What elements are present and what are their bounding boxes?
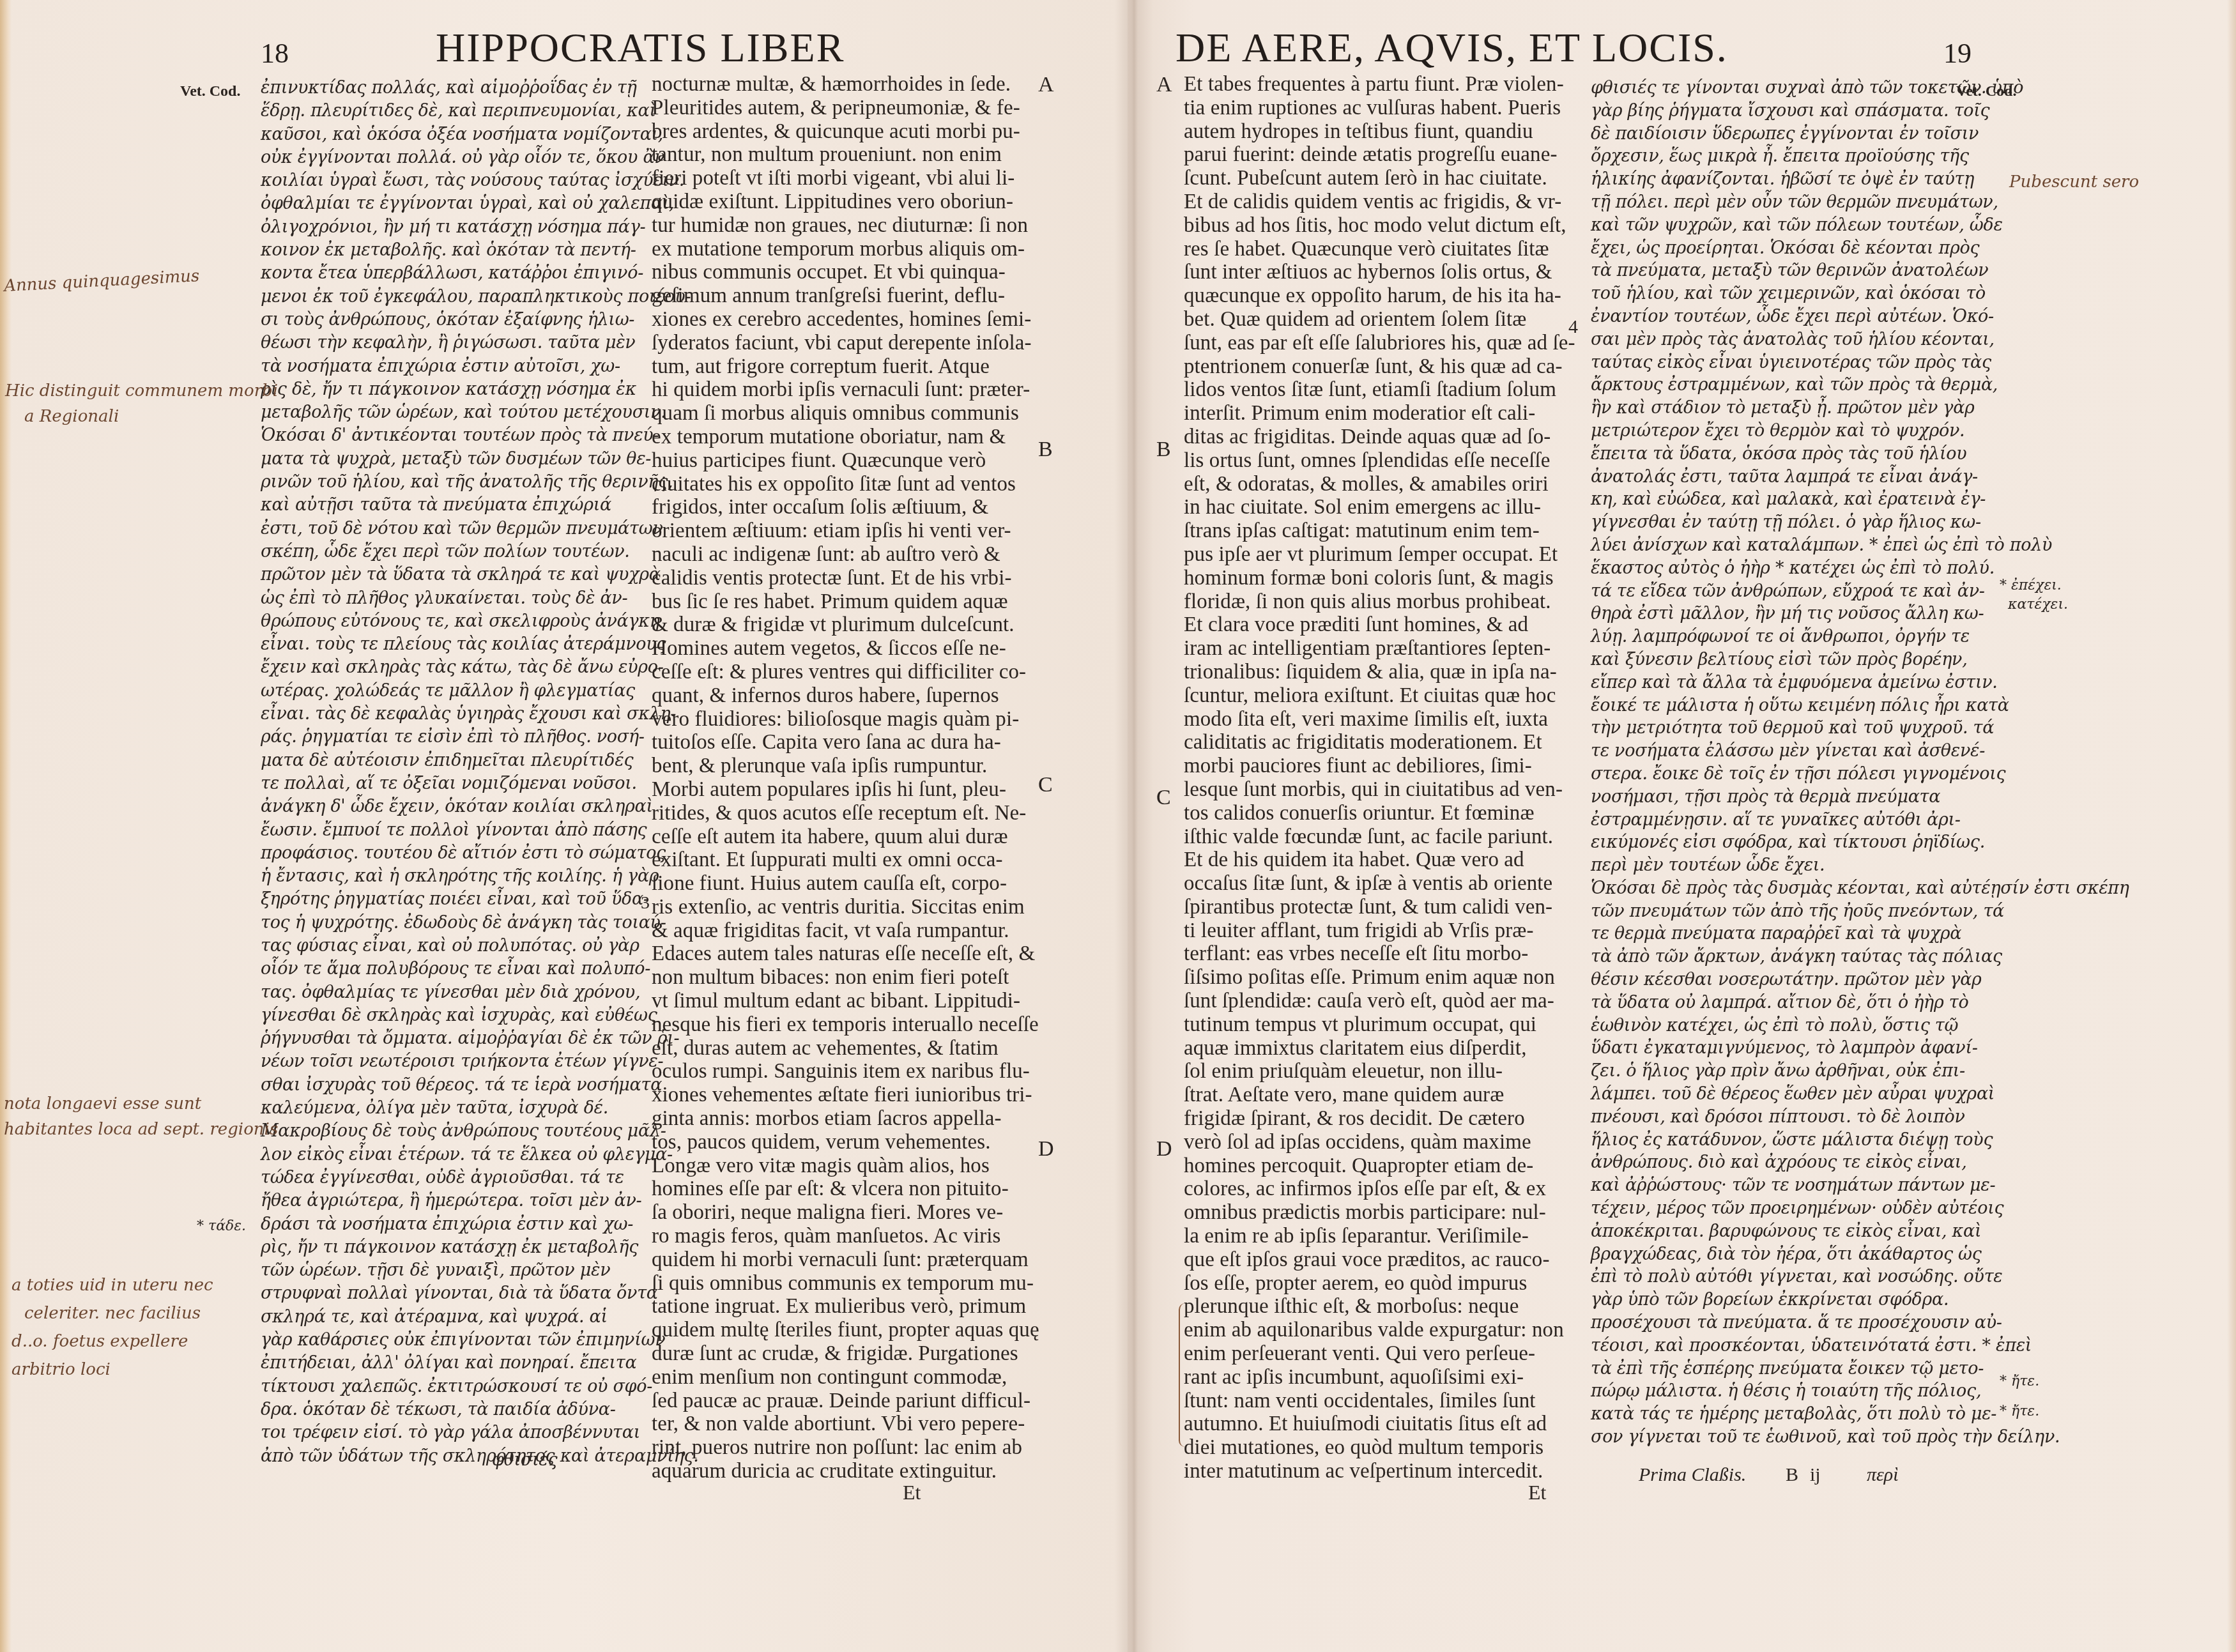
latin-catchword-left: Et bbox=[903, 1481, 921, 1504]
book-spread: 18 HIPPOCRATIS LIBER Vet. Cod. ἐπινυκτίδ… bbox=[0, 0, 2236, 1652]
latin-text-line: quidem hi morbi vernaculi ſunt: præterqu… bbox=[652, 1248, 1039, 1272]
latin-text-line: Morbi autem populares ipſis hi ſunt, ple… bbox=[652, 778, 1039, 802]
latin-text-line: terflant: eas vrbes neceſſe eſt ſitu mor… bbox=[1184, 942, 1575, 966]
latin-text-line: hi quidem morbi ipſis vernaculi ſunt: pr… bbox=[652, 378, 1039, 402]
latin-text-line: & duræ & frigidæ vt plurimum dulceſcunt. bbox=[652, 613, 1039, 637]
latin-text-line: exiſtant. Et ſuppurati multi ex omni occ… bbox=[652, 848, 1039, 872]
handwritten-note-3-line2: habitantes loca ad sept. regionis bbox=[4, 1120, 278, 1139]
latin-text-line: bibus ad hos ſitis, hoc modo velut dictu… bbox=[1184, 214, 1575, 238]
section-marker-b-right: B bbox=[1156, 438, 1171, 462]
latin-text-line: in hac ciuitate. Sol enim emergens ac il… bbox=[1184, 496, 1575, 519]
greek-text-line: ἐναντίον τουτέων, ὧδε ἔχει περὶ αὐτέων. … bbox=[1591, 305, 2129, 328]
handwritten-note-2-line1: Hic distinguit communem morbi bbox=[5, 381, 278, 401]
latin-text-line: ceſſe eſt: & plures ventres qui difficil… bbox=[652, 661, 1039, 684]
latin-text-line: tutinum tempus vt plurimum occupat, qui bbox=[1184, 1013, 1575, 1037]
greek-text-line: τὰ ἐπὶ τῆς ἑσπέρης πνεύματα ἔοικεν τῷ με… bbox=[1591, 1358, 2129, 1380]
handwritten-note-4-line2: celeriter. nec facilius bbox=[11, 1304, 201, 1323]
greek-text-line: ἔχει, ὡς προείρηται. Ὁκόσαι δὲ κέονται π… bbox=[1591, 237, 2129, 260]
greek-text-line: καῦσοι, καὶ ὁκόσα ὀξέα νοσήματα νομίζοντ… bbox=[261, 123, 699, 146]
vet-cod-label-left: Vet. Cod. bbox=[180, 83, 240, 100]
greek-text-line: ρὶς, ἤν τι πάγκοινον κατάσχῃ ἐκ μεταβολῆ… bbox=[261, 1236, 699, 1259]
greek-text-line: εἴπερ καὶ τὰ ἄλλα τὰ ἐμφυόμενα ἀμείνω ἐσ… bbox=[1591, 671, 2129, 694]
greek-text-line: γὰρ καθάρσιες οὐκ ἐπιγίνονται τῶν ἐπιμην… bbox=[261, 1329, 699, 1352]
greek-text-line: ἐπινυκτίδας πολλάς, καὶ αἱμοῤῥοΐδας ἐν τ… bbox=[261, 77, 699, 100]
latin-text-line: Longæ vero vitæ magis quàm alios, hos bbox=[652, 1154, 1039, 1178]
greek-text-line: τος ἡ ψυχρότης. ἐδωδοὺς δὲ ἀνάγκη τὰς το… bbox=[261, 912, 699, 935]
latin-text-line: geſimum annum tranſgreſsi fuerint, deflu… bbox=[652, 284, 1039, 308]
latin-text-line: caliditatis ac frigiditatis moderationem… bbox=[1184, 731, 1575, 754]
greek-text-line: τας φύσιας εἶναι, καὶ οὐ πολυπότας. οὐ γ… bbox=[261, 935, 699, 958]
latin-text-line: ſa oboriri, neque maligna fieri. Mores v… bbox=[652, 1201, 1039, 1225]
section-marker-d-right: D bbox=[1156, 1137, 1172, 1161]
greek-text-line: νέων τοῖσι νεωτέροισι τριήκοντα ἐτέων γί… bbox=[261, 1050, 699, 1073]
latin-text-line: tum, aut frigore correptum fuerit. Atque bbox=[652, 355, 1039, 379]
greek-text-line: τέοισι, καὶ προσκέονται, ὑδατεινότατά ἐσ… bbox=[1591, 1335, 2129, 1358]
handwritten-note-2: Hic distinguit communem morbi a Regional… bbox=[5, 378, 278, 429]
latin-text-line: ptentrionem conuerſæ ſunt, & his quæ ad … bbox=[1184, 355, 1575, 379]
latin-text-line: ter, & non valde abortiunt. Vbi vero pep… bbox=[652, 1412, 1039, 1436]
section-marker-c-left: C bbox=[1038, 773, 1053, 797]
greek-text-line: τε θερμὰ πνεύματα παραῤῥεῖ καὶ τὰ ψυχρὰ bbox=[1591, 922, 2129, 945]
latin-text-line: ginta annis: morbos etiam ſacros appella… bbox=[652, 1107, 1039, 1131]
greek-text-line: τας. ὀφθαλμίας τε γίνεσθαι μὲν διὰ χρόνο… bbox=[261, 981, 699, 1004]
greek-text-line: λύει ἀνίσχων καὶ καταλάμπων. * ἐπεὶ ὡς ἐ… bbox=[1591, 534, 2129, 557]
latin-text-line: rint, pueros nutrire non poſſunt: lac en… bbox=[652, 1436, 1039, 1460]
latin-text-line: Et de calidis quidem ventis ac frigidis,… bbox=[1184, 190, 1575, 214]
greek-text-line: τέχειν, μέρος τῶν προειρημένων· οὐδὲν αὐ… bbox=[1591, 1197, 2129, 1220]
latin-text-line: ditas ac frigiditas. Deinde aquas quæ ad… bbox=[1184, 425, 1575, 449]
latin-text-line: duræ ſunt ac crudæ, & frigidæ. Purgation… bbox=[652, 1342, 1039, 1366]
latin-column-left: nocturnæ multæ, & hæmorrhoides in ſede.P… bbox=[652, 73, 1039, 1483]
greek-text-line: τοι τρέφειν εἰσί. τὸ γὰρ γάλα ἀποσβέννυτ… bbox=[261, 1421, 699, 1444]
page-edge-left bbox=[0, 0, 11, 1652]
right-page: DE AERE, AQVIS, ET LOCIS. 19 Et tabes fr… bbox=[1128, 0, 2236, 1652]
latin-text-line: que eſt ipſos graui voce præditos, ac ra… bbox=[1184, 1248, 1575, 1272]
latin-text-line: tatione ingruat. Ex mulieribus verò, pri… bbox=[652, 1295, 1039, 1319]
latin-text-line: la enim re ab ipſis ſeparantur. Veriſimi… bbox=[1184, 1225, 1575, 1248]
greek-text-line: κοιλίαι ὑγραὶ ἔωσι, τὰς νούσους ταύτας ἰ… bbox=[261, 169, 699, 192]
greek-column-right: φθισιές τε γίνονται συχναὶ ἀπὸ τῶν τοκετ… bbox=[1591, 77, 2129, 1449]
greek-text-line: τίκτουσι χαλεπῶς. ἐκτιτρώσκουσί τε οὐ σφ… bbox=[261, 1375, 699, 1398]
greek-text-line: σκέπη, ὧδε ἔχει περὶ τῶν πολίων τουτέων. bbox=[261, 540, 699, 563]
greek-text-line: ἐπιτήδειαι, ἀλλ' ὀλίγαι καὶ πονηραί. ἔπε… bbox=[261, 1352, 699, 1375]
latin-text-line: interſit. Primum enim moderatior eſt cal… bbox=[1184, 402, 1575, 425]
greek-text-line: γὰρ βίης ῥήγματα ἴσχουσι καὶ σπάσματα. τ… bbox=[1591, 100, 2129, 123]
greek-text-line: φθισιές τε γίνονται συχναὶ ἀπὸ τῶν τοκετ… bbox=[1591, 77, 2129, 100]
latin-text-line: ti leuiter afflant, tum frigidi ab Vrſis… bbox=[1184, 919, 1575, 943]
handwritten-note-1: Annus quinquagesimus bbox=[3, 263, 200, 299]
greek-text-line: κη, καὶ εὐώδεα, καὶ μαλακὰ, καὶ ἐρατεινὰ… bbox=[1591, 488, 2129, 511]
latin-text-line: occaſus ſitæ ſunt, & ipſæ à ventis ab or… bbox=[1184, 872, 1575, 896]
greek-text-line: οἷόν τε ἅμα πολυβόρους τε εἶναι καὶ πολυ… bbox=[261, 958, 699, 981]
latin-text-line: ſunt, eas par eſt eſſe ſalubriores his, … bbox=[1184, 332, 1575, 355]
latin-text-line: bent, & plerunque vaſa ipſis rumpuntur. bbox=[652, 754, 1039, 778]
latin-text-line: ſtrat. Aeſtate vero, mane quidem auræ bbox=[1184, 1083, 1575, 1107]
latin-text-line: & aquæ frigiditas facit, vt vaſa rumpant… bbox=[652, 919, 1039, 943]
latin-text-line: parui fuerint: deinde ætatis progreſſu e… bbox=[1184, 143, 1575, 167]
latin-text-line: autem hydropes in teſtibus fiunt, quandi… bbox=[1184, 120, 1575, 144]
greek-text-line: θέσιν κέεσθαι νοσερωτάτην. πρῶτον μὲν γὰ… bbox=[1591, 968, 2129, 991]
latin-text-line: Et clara voce præditi ſunt homines, & ad bbox=[1184, 613, 1575, 637]
greek-text-line: τὰ πνεύματα, μεταξὺ τῶν θερινῶν ἀνατολέω… bbox=[1591, 259, 2129, 282]
greek-text-line: ωτέρας. χολώδεάς τε μᾶλλον ἢ φλεγματίας bbox=[261, 680, 699, 703]
latin-text-line: tur humidæ non graues, nec diuturnæ: ſi … bbox=[652, 214, 1039, 238]
greek-text-line: ρινῶν τοῦ ἡλίου, καὶ τῆς ἀνατολῆς τῆς θε… bbox=[261, 471, 699, 494]
greek-catchword-right: περὶ bbox=[1867, 1464, 1899, 1486]
latin-text-line: modo ſita eſt, veri maxime ſimilis eſt, … bbox=[1184, 708, 1575, 731]
greek-text-line: ὀλιγοχρόνιοι, ἢν μή τι κατάσχῃ νόσημα πά… bbox=[261, 216, 699, 239]
latin-text-line: quidæ exiſtunt. Lippitudines vero oboriu… bbox=[652, 190, 1039, 214]
latin-text-line: oculos rumpi. Sanguinis item ex naribus … bbox=[652, 1060, 1039, 1083]
latin-text-line: Homines autem vegetos, & ſiccos eſſe ne- bbox=[652, 637, 1039, 661]
greek-text-line: ἐπὶ τὸ πολὺ αὐτόθι γίγνεται, καὶ νοσώδης… bbox=[1591, 1266, 2129, 1289]
greek-text-line: ἄρκτους ἐστραμμένων, καὶ τῶν πρὸς τὰ θερ… bbox=[1591, 374, 2129, 397]
greek-text-line: τε νοσήματα ἐλάσσω μὲν γίνεται καὶ ἀσθεν… bbox=[1591, 740, 2129, 763]
handwritten-note-2-line2: a Regionali bbox=[5, 407, 119, 426]
greek-margin-note-3: * ἤτε. bbox=[2000, 1372, 2039, 1391]
latin-text-line: lis ortus ſunt, omnes ſplendidas eſſe ne… bbox=[1184, 449, 1575, 473]
section-marker-c-right: C bbox=[1156, 786, 1171, 810]
greek-text-line: ἀνθρώπους. διὸ καὶ ἀχρόους τε εἰκὸς εἶνα… bbox=[1591, 1151, 2129, 1174]
greek-text-line: νοσήμασι, τῇσι πρὸς τὰ θερμὰ πνεύματα bbox=[1591, 786, 2129, 809]
greek-text-line: πνέουσι, καὶ δρόσοι πίπτουσι. τὸ δὲ λοιπ… bbox=[1591, 1106, 2129, 1129]
latin-text-line: quidem multę ſteriles fiunt, propter aqu… bbox=[652, 1319, 1039, 1342]
greek-text-line: τὰ ἀπὸ τῶν ἄρκτων, ἀνάγκη ταύτας τὰς πόλ… bbox=[1591, 945, 2129, 968]
greek-text-line: τὴν μετριότητα τοῦ θερμοῦ καὶ τοῦ ψυχροῦ… bbox=[1591, 717, 2129, 740]
latin-text-line: res ſe habet. Quæcunque verò ciuitates ſ… bbox=[1184, 238, 1575, 261]
section-marker-a-right: A bbox=[1156, 73, 1172, 97]
greek-text-line: ῥήγνυσθαι τὰ ὄμματα. αἱμοῤῥαγίαι δὲ ἐκ τ… bbox=[261, 1027, 699, 1050]
latin-text-line: iſthic valde fœcundæ ſunt, ac facile par… bbox=[1184, 825, 1575, 849]
greek-text-line: σαι μὲν πρὸς τὰς ἀνατολὰς τοῦ ἡλίου κέον… bbox=[1591, 328, 2129, 351]
greek-text-line: ταύτας εἰκὸς εἶναι ὑγιεινοτέρας τῶν πρὸς… bbox=[1591, 351, 2129, 374]
greek-text-line: σι τοὺς ἀνθρώπους, ὁκόταν ἐξαίφνης ἡλιω- bbox=[261, 309, 699, 332]
latin-text-line: xiones vehementes æſtate fieri iunioribu… bbox=[652, 1083, 1039, 1107]
latin-text-line: ſcuntur, meliora exiſtunt. Et ciuitas qu… bbox=[1184, 684, 1575, 708]
greek-text-line: σον γίγνεται τοῦ τε ἑωθινοῦ, καὶ τοῦ πρὸ… bbox=[1591, 1426, 2129, 1449]
greek-text-line: ματα δὲ αὐτέοισιν ἐπιδημεῖται πλευρίτιδέ… bbox=[261, 749, 699, 772]
latin-text-line: Et tabes frequentes à partu fiunt. Præ v… bbox=[1184, 73, 1575, 96]
latin-text-line: Pleuritides autem, & peripneumoniæ, & fe… bbox=[652, 96, 1039, 120]
greek-text-line: μεταβολῆς τῶν ὡρέων, καὶ τούτου μετέχουσ… bbox=[261, 401, 699, 424]
latin-text-line: hominum formæ boni coloris ſunt, & magis bbox=[1184, 567, 1575, 590]
latin-text-line: ſos eſſe, propter aerem, eo quòd impurus bbox=[1184, 1272, 1575, 1296]
handwritten-note-4-line4: arbitrio loci bbox=[11, 1360, 111, 1379]
latin-text-line: ſtrans ipſas caſtigat: matutinum enim te… bbox=[1184, 519, 1575, 543]
latin-text-line: bus ſic ſe res habet. Primum quidem aquæ bbox=[652, 590, 1039, 614]
greek-text-line: εικύμονές εἰσι σφόδρα, καὶ τίκτουσι ῥηϊδ… bbox=[1591, 831, 2129, 854]
greek-text-line: πρῶτον μὲν τὰ ὕδατα τὰ σκληρά τε καὶ ψυχ… bbox=[261, 563, 699, 586]
latin-text-line: naculi ac indigenæ ſunt: ab auſtro verò … bbox=[652, 543, 1039, 567]
greek-text-line: εἶναι. τὰς δὲ κεφαλὰς ὑγιηρὰς ἔχουσι καὶ… bbox=[261, 703, 699, 726]
greek-text-line: στερα. ἔοικε δὲ τοῖς ἐν τῇσι πόλεσι γιγν… bbox=[1591, 763, 2129, 786]
latin-text-line: ſyderatos faciunt, vbi caput derepente i… bbox=[652, 332, 1039, 355]
vet-cod-label-right: Vet. Cod. bbox=[1956, 83, 2016, 100]
latin-text-line: ex temporum mutatione oboriatur, nam & bbox=[652, 425, 1039, 449]
latin-text-line: calidis ventis protectæ ſunt. Et de his … bbox=[652, 567, 1039, 590]
latin-text-line: ſcunt. Pubeſcunt autem ſerò in hac ciuit… bbox=[1184, 167, 1575, 190]
margin-number-4: 4 bbox=[1568, 316, 1578, 338]
greek-text-line: ἢν καὶ στάδιον τὸ μεταξὺ ᾖ. πρῶτον μὲν γ… bbox=[1591, 397, 2129, 420]
section-marker-b-left: B bbox=[1038, 438, 1053, 462]
latin-text-line: vt ſimul multum edant ac bibant. Lippitu… bbox=[652, 990, 1039, 1013]
greek-margin-note-2: κατέχει. bbox=[2008, 595, 2068, 615]
latin-text-line: tantur, non multum proueniunt. non enim bbox=[652, 143, 1039, 167]
latin-text-line: vero fluidiores: bilioſosque magis quàm … bbox=[652, 708, 1039, 731]
latin-text-line: enim perſeuerant venti. Qui vero perſeue… bbox=[1184, 1342, 1575, 1366]
latin-text-line: ſunt inter æſtiuos ac hybernos ſolis ort… bbox=[1184, 261, 1575, 284]
latin-text-line: quam ſi morbus aliquis omnibus communis bbox=[652, 402, 1039, 425]
latin-text-line: bet. Quæ quidem ad orientem ſolem ſitæ bbox=[1184, 308, 1575, 332]
greek-catchword-left: φθισιές bbox=[492, 1445, 557, 1476]
greek-text-line: δρα. ὁκόταν δὲ τέκωσι, τὰ παιδία ἀδύνα- bbox=[261, 1398, 699, 1421]
latin-text-line: Edaces autem tales naturas eſſe neceſſe … bbox=[652, 942, 1039, 966]
greek-text-line: καὶ ξύνεσιν βελτίους εἰσὶ τῶν πρὸς βορέη… bbox=[1591, 648, 2129, 671]
latin-text-line: ſpirantibus protectæ ſunt, & tum calidi … bbox=[1184, 896, 1575, 919]
greek-text-line: ὡς ἐπὶ τὸ πλῆθος γλυκαίνεται. τοὺς δὲ ἀν… bbox=[261, 587, 699, 610]
greek-text-line: πώρῳ μάλιστα. ἡ θέσις ἡ τοιαύτη τῆς πόλι… bbox=[1591, 1380, 2129, 1403]
greek-text-line: ἔοικέ τε μάλιστα ἡ οὕτω κειμένη πόλις ἦρ… bbox=[1591, 694, 2129, 717]
greek-text-line: καὶ ἀῤῥώστους· τῶν τε νοσημάτων πάντων μ… bbox=[1591, 1174, 2129, 1197]
greek-text-line: ξηρότης ῥηγματίας ποιέει εἶναι, καὶ τοῦ … bbox=[261, 888, 699, 911]
greek-text-line: Μακροβίους δὲ τοὺς ἀνθρώπους τουτέους μᾶ… bbox=[261, 1120, 699, 1143]
latin-text-line: ris extenſio, ac ventris duritia. Siccit… bbox=[652, 896, 1039, 919]
handwritten-note-4-line1: a toties uid in uteru nec bbox=[11, 1276, 213, 1295]
greek-text-line: λάμπει. τοῦ δὲ θέρεος ἕωθεν μὲν αὖραι ψυ… bbox=[1591, 1083, 2129, 1106]
greek-text-line: Ὁκόσαι δὲ πρὸς τὰς δυσμὰς κέονται, καὶ α… bbox=[1591, 877, 2129, 900]
latin-text-line: homines percoquit. Quapropter etiam de- bbox=[1184, 1154, 1575, 1178]
greek-text-line: στρυφναὶ πολλαὶ γίνονται, διὰ τὰ ὕδατα ὄ… bbox=[261, 1282, 699, 1305]
page-edge-right bbox=[2227, 0, 2236, 1652]
greek-text-line: προσέχουσι τὰ πνεύματα. ἅ τε προσέχουσιν… bbox=[1591, 1312, 2129, 1335]
latin-text-line: orientem æſtiuum: etiam ipſis hi venti v… bbox=[652, 519, 1039, 543]
greek-text-line: ἕδρῃ. πλευρίτιδες δὲ, καὶ περιπνευμονίαι… bbox=[261, 100, 699, 123]
latin-text-line: enim menſium non contingunt commodæ, bbox=[652, 1366, 1039, 1389]
running-head-right: DE AERE, AQVIS, ET LOCIS. bbox=[1175, 24, 1728, 72]
latin-text-line: quæcunque ex oppoſito harum, de his ita … bbox=[1184, 284, 1575, 308]
left-page: 18 HIPPOCRATIS LIBER Vet. Cod. ἐπινυκτίδ… bbox=[0, 0, 1128, 1652]
latin-text-line: ſione fiunt. Huius autem cauſſa eſt, cor… bbox=[652, 872, 1039, 896]
greek-margin-note-4: * ἤτε. bbox=[2000, 1402, 2039, 1421]
latin-text-line: eſt, & odoratas, & molles, & amabiles or… bbox=[1184, 473, 1575, 496]
greek-text-line: ἐστραμμένῃσιν. αἵ τε γυναῖκες αὐτόθι ἀρι… bbox=[1591, 809, 2129, 832]
greek-text-line: ἑωθινὸν κατέχει, ὡς ἐπὶ τὸ πολὺ, ὅστις τ… bbox=[1591, 1014, 2129, 1037]
greek-text-line: ἀποκέκριται. βαρυφώνους τε εἰκὸς εἶναι, … bbox=[1591, 1220, 2129, 1243]
margin-number-3: 3 bbox=[641, 893, 650, 914]
handwritten-bracket bbox=[1179, 1303, 1189, 1447]
greek-text-line: καλεύμενα, ὀλίγα μὲν ταῦτα, ἰσχυρὰ δέ. bbox=[261, 1097, 699, 1120]
latin-catchword-right: Et bbox=[1528, 1481, 1546, 1504]
greek-text-line: βραγχώδεας, διὰ τὸν ἠέρα, ὅτι ἀκάθαρτος … bbox=[1591, 1243, 2129, 1266]
latin-text-line: tos, paucos quidem, verum vehementes. bbox=[652, 1131, 1039, 1154]
latin-text-line: huius participes fiunt. Quæcunque verò bbox=[652, 449, 1039, 473]
greek-text-line: εἶναι. τοὺς τε πλείους τὰς κοιλίας ἀτερά… bbox=[261, 633, 699, 656]
greek-text-line: ὀφθαλμίαι τε ἐγγίνονται ὑγραὶ, καὶ οὐ χα… bbox=[261, 192, 699, 215]
latin-text-line: bres ardentes, & quicunque acuti morbi p… bbox=[652, 120, 1039, 144]
handwritten-note-4-line3: d..o. foetus expellere bbox=[11, 1332, 188, 1351]
latin-text-line: autumno. Et huiuſmodi ciuitatis ſitus eſ… bbox=[1184, 1412, 1575, 1436]
greek-column-left: ἐπινυκτίδας πολλάς, καὶ αἱμοῤῥοΐδας ἐν τ… bbox=[261, 77, 699, 1468]
greek-text-line: δράσι τὰ νοσήματα ἐπιχώρια ἐστιν καὶ χω- bbox=[261, 1213, 699, 1236]
greek-text-line: ἥλιος ἐς κατάδυνον, ὥστε μάλιστα διέψῃ τ… bbox=[1591, 1129, 2129, 1152]
greek-text-line: ἔωσιν. ἔμπυοί τε πολλοὶ γίνονται ἀπὸ πάσ… bbox=[261, 819, 699, 842]
latin-text-line: xiones ex cerebro accedentes, homines ſe… bbox=[652, 308, 1039, 332]
latin-text-line: aquarum duricia ac cruditate extinguitur… bbox=[652, 1460, 1039, 1483]
greek-margin-note-1: * ἐπέχει. bbox=[2000, 576, 2062, 595]
latin-text-line: ciuitates his ex oppoſito ſitæ ſunt ad v… bbox=[652, 473, 1039, 496]
section-marker-a-left: A bbox=[1038, 73, 1054, 97]
greek-text-line: ἔχειν καὶ σκληρὰς τὰς κάτω, τὰς δὲ ἄνω ε… bbox=[261, 656, 699, 679]
greek-text-line: σκληρά τε, καὶ ἀτέραμνα, καὶ ψυχρά. αἱ bbox=[261, 1306, 699, 1329]
greek-text-line: κοντα ἔτεα ὑπερβάλλωσι, κατάῤῥοι ἐπιγινό… bbox=[261, 262, 699, 285]
latin-text-line: colores, ac infirmos ipſos eſſe par eſt,… bbox=[1184, 1177, 1575, 1201]
latin-text-line: nibus communis occupet. Et vbi quinqua- bbox=[652, 261, 1039, 284]
section-marker-d-left: D bbox=[1038, 1137, 1054, 1161]
latin-text-line: ceſſe eſt autem ita habere, quum alui du… bbox=[652, 825, 1039, 849]
greek-text-line: κατὰ τάς τε ἡμέρης μεταβολὰς, ὅτι πολὺ τ… bbox=[1591, 1403, 2129, 1426]
latin-text-line: ſunt ſplendidæ: cauſa verò eſt, quòd aer… bbox=[1184, 990, 1575, 1013]
latin-text-line: verò ſol ad ipſas occidens, quàm maxime bbox=[1184, 1131, 1575, 1154]
greek-text-line: μετριώτερον ἔχει τὸ θερμὸν καὶ τὸ ψυχρόν… bbox=[1591, 420, 2129, 443]
latin-text-line: non multum bibaces: non enim fieri poteſ… bbox=[652, 966, 1039, 990]
handwritten-note-3-line1: nota longaevi esse sunt bbox=[4, 1094, 201, 1113]
latin-text-line: floridæ, ſi non quis alius morbus prohib… bbox=[1184, 590, 1575, 614]
latin-text-line: ro magis feros, quàm manſuetos. Ac viris bbox=[652, 1225, 1039, 1248]
greek-text-line: ἤθεα ἀγριώτερα, ἢ ἡμερώτερα. τοῖσι μὲν ἀ… bbox=[261, 1189, 699, 1212]
latin-text-line: lesque ſunt morbis, qui in ciuitatibus a… bbox=[1184, 778, 1575, 802]
page-number-left: 18 bbox=[261, 37, 289, 70]
greek-text-line: τῶν ὡρέων. τῇσι δὲ γυναιξὶ, πρῶτον μὲν bbox=[261, 1259, 699, 1282]
latin-text-line: ſi quis omnibus communis ex temporum mu- bbox=[652, 1272, 1039, 1296]
page-number-right: 19 bbox=[1943, 37, 1972, 70]
latin-text-line: aquæ immixtus claritatem eius diſperdit, bbox=[1184, 1037, 1575, 1060]
greek-text-line: ἀπὸ τῶν ὑδάτων τῆς σκληρότητος καὶ ἀτερα… bbox=[261, 1445, 699, 1468]
greek-text-line: ματα τὰ ψυχρὰ, μεταξὺ τῶν δυσμέων τῶν θε… bbox=[261, 448, 699, 471]
greek-text-line: λύῃ. λαμπρόφωνοί τε οἱ ἄνθρωποι, ὀργήν τ… bbox=[1591, 625, 2129, 648]
latin-text-line: tuitoſos eſſe. Capita vero ſana ac dura … bbox=[652, 731, 1039, 754]
greek-text-line: περὶ μὲν τουτέων ὧδε ἔχει. bbox=[1591, 854, 2129, 877]
latin-text-line: ſiſsimo poſitas eſſe. Primum enim aquæ n… bbox=[1184, 966, 1575, 990]
latin-text-line: rant ac ipſis incumbunt, aquoſiſsimi exi… bbox=[1184, 1366, 1575, 1389]
greek-text-line: ρὶς δὲ, ἤν τι πάγκοινον κατάσχῃ νόσημα ἐ… bbox=[261, 378, 699, 401]
latin-text-line: ſtunt: nam venti occidentales, ſimiles ſ… bbox=[1184, 1389, 1575, 1413]
greek-text-line: ἡ ἔντασις, καὶ ἡ σκληρότης τῆς κοιλίης. … bbox=[261, 865, 699, 888]
signature-number: ij bbox=[1810, 1464, 1821, 1486]
greek-text-line: γίνεσθαι δὲ σκληρὰς καὶ ἰσχυρὰς, καὶ εὐθ… bbox=[261, 1004, 699, 1027]
greek-margin-note-left: * τάδε. bbox=[197, 1217, 246, 1236]
latin-text-line: trionalibus: ſiquidem & alia, quæ in ipſ… bbox=[1184, 661, 1575, 684]
greek-text-line: δὲ παιδίοισιν ὕδερωπες ἐγγίνονται ἐν τοῖ… bbox=[1591, 123, 2129, 146]
latin-text-line: nocturnæ multæ, & hæmorrhoides in ſede. bbox=[652, 73, 1039, 96]
latin-text-line: tos calidos conuerſis oriuntur. Et fœmin… bbox=[1184, 802, 1575, 825]
signature-label: Prima Claßis. bbox=[1639, 1464, 1746, 1486]
greek-text-line: καὶ τῶν ψυχρῶν, καὶ τῶν πόλεων τουτέων, … bbox=[1591, 214, 2129, 237]
latin-text-line: nesque his fieri ex temporis interuallo … bbox=[652, 1013, 1039, 1037]
greek-text-line: τῶν πνευμάτων τῶν ἀπὸ τῆς ἠοῦς πνεόντων,… bbox=[1591, 900, 2129, 923]
greek-text-line: ἔπειτα τὰ ὕδατα, ὁκόσα πρὸς τὰς τοῦ ἡλίο… bbox=[1591, 443, 2129, 466]
greek-text-line: τε πολλαὶ, αἵ τε ὀξεῖαι νομιζόμεναι νοῦσ… bbox=[261, 772, 699, 795]
signature-mark: B bbox=[1786, 1464, 1798, 1486]
latin-text-line: diei mutationes, eo quòd multum temporis bbox=[1184, 1436, 1575, 1460]
greek-text-line: θρώπους εὐτόνους τε, καὶ σκελιφροὺς ἀνάγ… bbox=[261, 610, 699, 633]
handwritten-note-3: nota longaevi esse sunt habitantes loca … bbox=[4, 1091, 278, 1142]
greek-text-line: Ὁκόσαι δ' ἀντικέονται τουτέων πρὸς τὰ πν… bbox=[261, 424, 699, 447]
greek-text-line: ὕδατι ἐγκαταμιγνύμενος, τὸ λαμπρὸν ἀφανί… bbox=[1591, 1037, 2129, 1060]
greek-text-line: ἀνάγκη δ' ὧδε ἔχειν, ὁκόταν κοιλίαι σκλη… bbox=[261, 795, 699, 818]
latin-text-line: eſt, duras autem ac vehementes, & ſtatim bbox=[652, 1037, 1039, 1060]
latin-text-line: quant, & infernos duros habere, ſupernos bbox=[652, 684, 1039, 708]
latin-text-line: frigidæ ſpirant, & ros decidit. De cæter… bbox=[1184, 1107, 1575, 1131]
greek-text-line: γίγνεσθαι ἐν ταύτῃ τῇ πόλει. ὁ γὰρ ἥλιος… bbox=[1591, 511, 2129, 534]
greek-text-line: οὐκ ἐγγίνονται πολλά. οὐ γὰρ οἷόν τε, ὅκ… bbox=[261, 146, 699, 169]
latin-text-line: lidos ventos ſitæ ſunt, etiamſi ſtadium … bbox=[1184, 378, 1575, 402]
running-head-left: HIPPOCRATIS LIBER bbox=[436, 24, 845, 72]
greek-text-line: μενοι ἐκ τοῦ ἐγκεφάλου, παραπληκτικοὺς π… bbox=[261, 286, 699, 309]
latin-text-line: frigidos, inter occaſum ſolis æſtiuum, & bbox=[652, 496, 1039, 519]
latin-text-line: homines eſſe par eſt: & vlcera non pitui… bbox=[652, 1177, 1039, 1201]
greek-text-line: τὰ νοσήματα ἐπιχώρια ἐστιν αὐτοῖσι, χω- bbox=[261, 355, 699, 378]
handwritten-note-right: Pubescunt sero bbox=[2009, 169, 2139, 195]
latin-text-line: ſol enim priuſquàm eleuetur, non illu- bbox=[1184, 1060, 1575, 1083]
greek-text-line: ἀνατολάς ἐστι, ταῦτα λαμπρά τε εἶναι ἀνά… bbox=[1591, 466, 2129, 489]
latin-text-line: fieri poteſt vt iſti morbi vigeant, vbi … bbox=[652, 167, 1039, 190]
latin-text-line: tia enim ruptiones ac vulſuras habent. P… bbox=[1184, 96, 1575, 120]
greek-text-line: ὄρχεσιν, ἕως μικρὰ ἦ. ἔπειτα προϊούσης τ… bbox=[1591, 145, 2129, 168]
latin-text-line: Et de his quidem ita habet. Quæ vero ad bbox=[1184, 848, 1575, 872]
greek-text-line: κοινον ἐκ μεταβολῆς. καὶ ὁκόταν τὰ πεντή… bbox=[261, 239, 699, 262]
latin-text-line: ritides, & quos acutos eſſe receptum eſt… bbox=[652, 802, 1039, 825]
greek-text-line: γὰρ ὑπὸ τῶν βορείων ἐκκρίνεται σφόδρα. bbox=[1591, 1289, 2129, 1312]
latin-text-line: omnibus prædictis morbis participare: nu… bbox=[1184, 1201, 1575, 1225]
latin-text-line: ſed paucæ ac prauæ. Deinde pariunt diffi… bbox=[652, 1389, 1039, 1413]
latin-text-line: morbi pauciores fiunt ac debiliores, ſim… bbox=[1184, 754, 1575, 778]
greek-text-line: λον εἰκὸς εἶναι ἑτέρων. τά τε ἕλκεα οὐ φ… bbox=[261, 1143, 699, 1166]
latin-text-line: plerunque iſthic eſt, & morboſus: neque bbox=[1184, 1295, 1575, 1319]
greek-text-line: τώδεα ἐγγίνεσθαι, οὐδὲ ἀγριοῦσθαι. τά τε bbox=[261, 1166, 699, 1189]
greek-text-line: προφάσιος. τουτέου δὲ αἴτιόν ἐστι τὸ σώμ… bbox=[261, 842, 699, 865]
handwritten-note-4: a toties uid in uteru nec celeriter. nec… bbox=[11, 1271, 213, 1384]
latin-text-line: iram ac intelligentiam præſtantiores ſep… bbox=[1184, 637, 1575, 661]
greek-text-line: καὶ αὐτῇσι ταῦτα τὰ πνεύματα ἐπιχώριά bbox=[261, 494, 699, 517]
greek-text-line: τοῦ ἡλίου, καὶ τῶν χειμερινῶν, καὶ ὁκόσα… bbox=[1591, 282, 2129, 305]
latin-text-line: inter matutinum ac veſpertinum intercedi… bbox=[1184, 1460, 1575, 1483]
greek-text-line: ἐστι, τοῦ δὲ νότου καὶ τῶν θερμῶν πνευμά… bbox=[261, 517, 699, 540]
greek-text-line: τὰ ὕδατα οὐ λαμπρά. αἴτιον δὲ, ὅτι ὁ ἠὴρ… bbox=[1591, 991, 2129, 1014]
latin-text-line: pus ipſe aer vt plurimum ſemper occupat.… bbox=[1184, 543, 1575, 567]
latin-column-right: Et tabes frequentes à partu fiunt. Præ v… bbox=[1184, 73, 1575, 1483]
greek-text-line: θέωσι τὴν κεφαλὴν, ἢ ῥιγώσωσι. ταῦτα μὲν bbox=[261, 332, 699, 355]
greek-text-line: σθαι ἰσχυρὰς τοῦ θέρεος. τά τε ἱερὰ νοσή… bbox=[261, 1074, 699, 1097]
latin-text-line: enim ab aquilonaribus valde expurgatur: … bbox=[1184, 1319, 1575, 1342]
greek-text-line: ράς. ῥηγματίαι τε εἰσὶν ἐπὶ τὸ πλῆθος. ν… bbox=[261, 726, 699, 749]
latin-text-line: ex mutatione temporum morbus aliquis om- bbox=[652, 238, 1039, 261]
greek-text-line: ζει. ὁ ἥλιος γὰρ πρὶν ἄνω ἀρθῆναι, οὐκ ἐ… bbox=[1591, 1060, 2129, 1083]
